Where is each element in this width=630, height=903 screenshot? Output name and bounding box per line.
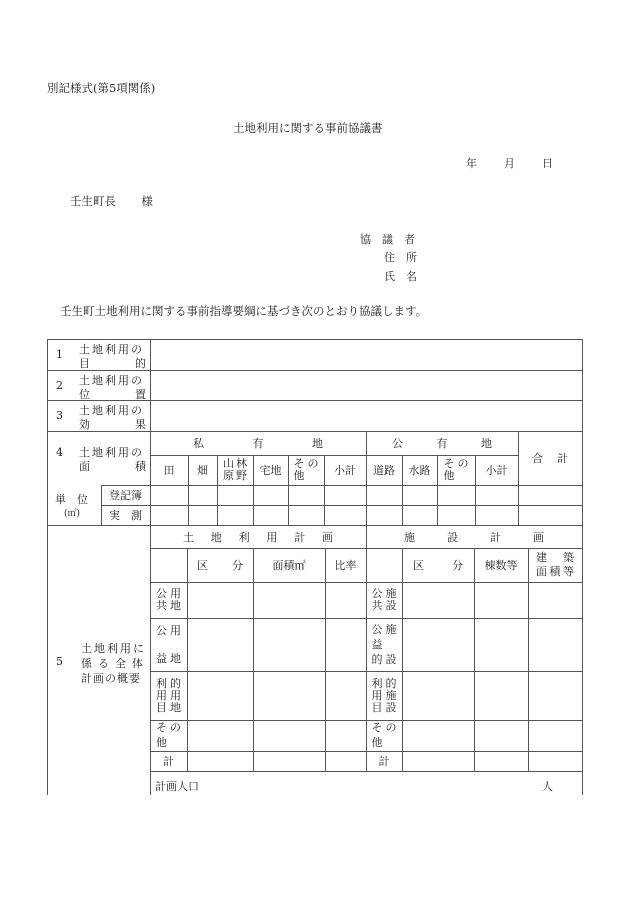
row-label-left: 目 — [79, 355, 90, 371]
col-residential: 宅地 — [253, 455, 288, 485]
land-area-header: 面積㎡ — [253, 548, 325, 582]
header-char: 利 — [239, 529, 250, 545]
row-number: 1 — [56, 348, 63, 361]
land-row-public-benefit: 公用 益地 — [150, 618, 187, 671]
form-label: 別記様式(第5項関係) — [47, 80, 155, 96]
facility-kubun-header: 区 分 — [402, 548, 474, 582]
date-year-label: 年 — [466, 157, 477, 170]
row-label-left: 効 — [79, 416, 90, 432]
facility-row-purpose: 利的 用施 目設 — [366, 671, 402, 720]
row-number: 3 — [56, 409, 63, 422]
header-char: 有 — [437, 435, 448, 451]
land-row-other: その 他 — [150, 720, 187, 751]
survey-input-row[interactable] — [151, 506, 581, 525]
header-char: 地 — [312, 435, 323, 451]
header-char: 有 — [253, 435, 264, 451]
header-char: 公 — [392, 435, 403, 451]
applicant-address-label: 住 所 — [384, 249, 417, 265]
facility-plan-header: 施 設 計 画 — [366, 525, 582, 548]
row-area-label: 4 土地利用の 面 積 — [47, 431, 150, 485]
facility-count-header: 棟数等 — [474, 548, 528, 582]
row-location: 2 土地利用の 位 置 — [47, 370, 150, 400]
header-char: 計 — [294, 529, 305, 545]
total-header: 合 計 — [518, 431, 582, 485]
row-number: 4 — [56, 446, 63, 459]
header-char: 施 — [404, 529, 415, 545]
header-char: 等 — [563, 565, 574, 579]
row-purpose: 1 土地利用の 目 的 — [47, 339, 150, 370]
land-plan-input-area[interactable] — [188, 583, 365, 771]
col-waterway: 水路 — [402, 455, 437, 485]
row-effect: 3 土地利用の 効 果 — [47, 400, 150, 431]
date-month-label: 月 — [504, 157, 515, 170]
addressee: 壬生町長 様 — [70, 193, 153, 209]
facility-bldg-area-header: 建 築 面 積 等 — [528, 548, 582, 582]
land-row-purpose: 利的 用用 目地 — [150, 671, 187, 720]
col-public-other: その他 — [437, 455, 475, 485]
header-char: 土 — [183, 529, 194, 545]
row-label-right: 果 — [135, 416, 146, 432]
facility-row-other: その 他 — [366, 720, 402, 751]
row-number: 2 — [56, 379, 63, 392]
row-location-input[interactable] — [151, 371, 581, 400]
header-char: 合 — [532, 450, 543, 466]
land-ratio-header: 比率 — [325, 548, 366, 582]
label-line: 係る全体 — [81, 655, 149, 671]
header-char: 画 — [533, 529, 544, 545]
col-rice-field: 田 — [150, 455, 188, 485]
planned-population-input[interactable] — [210, 772, 530, 794]
col-road: 道路 — [366, 455, 402, 485]
header-char: 分 — [452, 557, 463, 573]
public-land-header: 公 有 地 — [366, 431, 518, 455]
planned-population-unit: 人 — [542, 778, 553, 794]
facility-row-total: 計 — [366, 751, 402, 771]
addressee-honorific: 様 — [141, 194, 153, 208]
col-public-subtotal: 小計 — [475, 455, 518, 485]
addressee-name: 壬生町長 — [70, 194, 116, 208]
document-title: 土地利用に関する事前協議書 — [233, 120, 383, 136]
header-char: 区 — [197, 557, 208, 573]
header-char: 計 — [490, 529, 501, 545]
facility-plan-input-area[interactable] — [403, 583, 581, 771]
header-char: 積 — [550, 565, 561, 579]
row-overall-plan-label: 5 土地利用に 係る全体 計画の概要 — [47, 525, 150, 795]
unit-sub: (㎡) — [64, 506, 80, 519]
header-char: 区 — [413, 557, 424, 573]
unit-label: 単 位 (㎡) — [47, 485, 101, 525]
header-char: 面 — [536, 565, 547, 579]
row-effect-input[interactable] — [151, 401, 581, 431]
applicant-name-label: 氏 名 — [384, 268, 417, 284]
intro-text: 壬生町土地利用に関する事前指導要綱に基づき次のとおり協議します。 — [60, 303, 427, 319]
planned-population-label: 計画人口 — [155, 778, 199, 794]
land-row-public-common: 公用 共地 — [150, 582, 187, 618]
facility-row-public-common: 公施 共設 — [366, 582, 402, 618]
header-char: 用 — [266, 529, 277, 545]
row-purpose-input[interactable] — [151, 340, 581, 370]
header-char: 分 — [232, 557, 243, 573]
private-land-header: 私 有 地 — [150, 431, 366, 455]
survey-label: 実 測 — [101, 505, 150, 525]
registry-label: 登記簿 — [101, 485, 150, 505]
header-char: 画 — [322, 529, 333, 545]
label-line: 計画の概要 — [81, 670, 141, 686]
col-private-other: その他 — [288, 455, 324, 485]
unit-text: 単 位 — [55, 491, 88, 507]
header-char: 地 — [481, 435, 492, 451]
facility-row-public-benefit: 公施 益 的設 — [366, 618, 402, 671]
land-use-plan-header: 土 地 利 用 計 画 — [150, 525, 366, 548]
label-line: 土地利用に — [81, 640, 146, 656]
date-day-label: 日 — [542, 157, 553, 170]
header-char: 計 — [557, 450, 568, 466]
applicant-role: 協 議 者 — [360, 231, 415, 247]
col-private-subtotal: 小計 — [324, 455, 366, 485]
header-char: 築 — [563, 551, 574, 565]
header-char: 私 — [193, 435, 204, 451]
row-label-right: 的 — [135, 355, 146, 371]
header-char: 建 — [536, 551, 547, 565]
row-label-right: 積 — [135, 458, 146, 474]
date-line: 年 月 日 — [466, 155, 553, 171]
row-label-left: 面 — [79, 458, 90, 474]
col-upland-field: 畑 — [188, 455, 217, 485]
land-kubun-header: 区 分 — [187, 548, 253, 582]
col-forest-wilderness: 山林原野 — [217, 455, 253, 485]
header-char: 地 — [211, 529, 222, 545]
land-row-total: 計 — [150, 751, 187, 771]
row-number: 5 — [56, 655, 63, 668]
header-char: 設 — [447, 529, 458, 545]
registry-input-row[interactable] — [151, 486, 581, 505]
